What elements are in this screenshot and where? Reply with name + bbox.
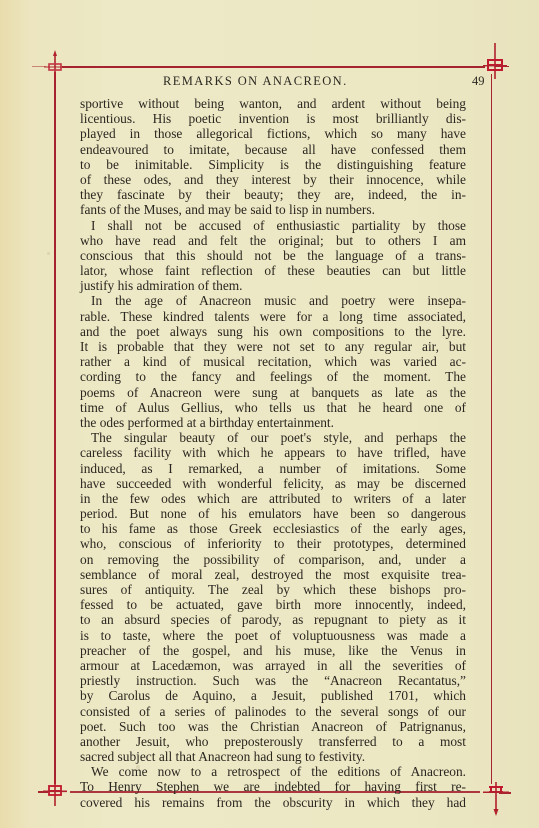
text-line: fessed to be actuated, gave birth more i… bbox=[80, 597, 466, 612]
corner-ornament-bottom-right-icon bbox=[483, 782, 509, 816]
text-line: justify his admiration of them. bbox=[80, 278, 466, 293]
text-line: of these odes, and they interest by thei… bbox=[80, 172, 466, 187]
text-line: to an absurd species of parody, as repug… bbox=[80, 612, 466, 627]
text-line: poems of Anacreon were sung at banquets … bbox=[80, 385, 466, 400]
text-line: sacred subject all that Anacreon had sun… bbox=[80, 749, 466, 764]
text-line: endeavoured to imitate, because all have… bbox=[80, 142, 466, 157]
corner-ornament-bottom-left-icon bbox=[43, 778, 67, 808]
border-left-rule bbox=[54, 72, 56, 784]
text-line: played in those allegorical fictions, wh… bbox=[80, 126, 466, 141]
page-number: 49 bbox=[472, 74, 485, 89]
text-line: fants of the Muses, and may be said to l… bbox=[80, 202, 466, 217]
text-line: in the few odes which are attributed to … bbox=[80, 491, 466, 506]
text-line: licentious. His poetic invention is most… bbox=[80, 111, 466, 126]
text-line: who, conscious of inferiority to their p… bbox=[80, 536, 466, 551]
paper-speck bbox=[290, 800, 293, 803]
text-line: sportive without being wanton, and arden… bbox=[80, 96, 466, 111]
paper-speck bbox=[47, 252, 50, 255]
text-line: I shall not be accused of enthusiastic p… bbox=[80, 218, 466, 233]
text-line: armour at Lacedæmon, was arrayed in all … bbox=[80, 658, 466, 673]
text-line: It is probable that they were not set to… bbox=[80, 339, 466, 354]
text-line: is to taste, where the poet of voluptuou… bbox=[80, 628, 466, 643]
text-line: priestly instruction. Such was the “Anac… bbox=[80, 673, 466, 688]
text-line: by Carolus de Aquino, a Jesuit, publishe… bbox=[80, 688, 466, 703]
text-line: the odes performed at a birthday enterta… bbox=[80, 415, 466, 430]
text-line: have succeeded with wonderful felicity, … bbox=[80, 476, 466, 491]
corner-ornament-top-right-icon bbox=[483, 43, 507, 79]
text-line: cording to the fancy and feelings of the… bbox=[80, 369, 466, 384]
text-line: preacher of the gospel, and his muse, li… bbox=[80, 643, 466, 658]
text-line: they fascinate by their beauty; they are… bbox=[80, 187, 466, 202]
text-line: who have read and felt the original; but… bbox=[80, 233, 466, 248]
text-line: to his fame as those Greek ecclesiastics… bbox=[80, 521, 466, 536]
border-top-rule bbox=[62, 66, 485, 68]
border-right-rule bbox=[491, 74, 492, 784]
running-head: REMARKS ON ANACREON. bbox=[163, 74, 348, 89]
text-line: careless facility with which he appears … bbox=[80, 445, 466, 460]
book-page: REMARKS ON ANACREON. 49 sportive without… bbox=[0, 0, 539, 828]
text-line: conscious that this should not be the la… bbox=[80, 248, 466, 263]
text-line: The singular beauty of our poet's style,… bbox=[80, 430, 466, 445]
text-line: poet. Such too was the Christian Anacreo… bbox=[80, 719, 466, 734]
text-line: induced, as I remarked, a number of imit… bbox=[80, 461, 466, 476]
text-line: on removing the possibility of compariso… bbox=[80, 552, 466, 567]
text-line: to be inimitable. Simplicity is the dist… bbox=[80, 157, 466, 172]
text-line: time of Aulus Gellius, who tells us that… bbox=[80, 400, 466, 415]
text-line: another Jesuit, who preposterously trans… bbox=[80, 734, 466, 749]
paper-speck bbox=[136, 765, 140, 769]
corner-ornament-top-left-icon bbox=[44, 50, 66, 80]
text-line: sures of antiquity. The zeal by which th… bbox=[80, 582, 466, 597]
text-line: rable. These kindred talents were for a … bbox=[80, 309, 466, 324]
text-line: period. But none of his emulators have b… bbox=[80, 506, 466, 521]
text-line: In the age of Anacreon music and poetry … bbox=[80, 293, 466, 308]
body-text: sportive without being wanton, and arden… bbox=[80, 96, 466, 810]
text-line: rather a kind of musical recitation, whi… bbox=[80, 354, 466, 369]
text-line: lator, whose faint reflection of these b… bbox=[80, 263, 466, 278]
text-line: semblance of moral zeal, destroyed the m… bbox=[80, 567, 466, 582]
text-line: covered his remains from the obscurity i… bbox=[80, 795, 466, 810]
text-line: and the poet always sung his own composi… bbox=[80, 324, 466, 339]
text-line: consisted of a series of palinodes to th… bbox=[80, 704, 466, 719]
text-line: To Henry Stephen we are indebted for hav… bbox=[80, 779, 466, 794]
